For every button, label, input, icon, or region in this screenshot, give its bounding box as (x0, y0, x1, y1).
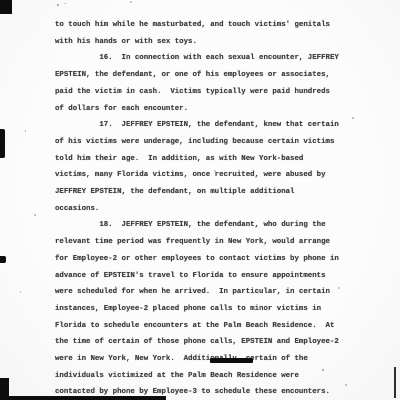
scan-artifact-left-edge-dash (0, 256, 6, 263)
scan-speck (64, 3, 66, 4)
scan-speck (322, 369, 324, 371)
scan-speck (34, 214, 36, 216)
scan-artifact-bottom-edge-strip (0, 396, 166, 400)
scan-artifact-left-edge-bar (0, 129, 5, 158)
scan-speck (214, 170, 216, 172)
scan-artifact-right-edge-line (394, 367, 396, 398)
document-body-text: to touch him while he masturbated, and t… (55, 17, 339, 400)
scan-speck (338, 287, 340, 289)
scan-speck (115, 286, 116, 289)
scanned-document-page: to touch him while he masturbated, and t… (0, 0, 400, 400)
scan-speck (345, 384, 347, 386)
scan-speck (20, 291, 21, 293)
scan-speck (130, 1, 132, 3)
scan-speck (25, 130, 26, 132)
scan-artifact-top-left-blot (0, 0, 12, 14)
scan-speck (352, 117, 354, 119)
scan-speck (57, 4, 59, 6)
scan-artifact-center-left-dash (210, 358, 253, 363)
